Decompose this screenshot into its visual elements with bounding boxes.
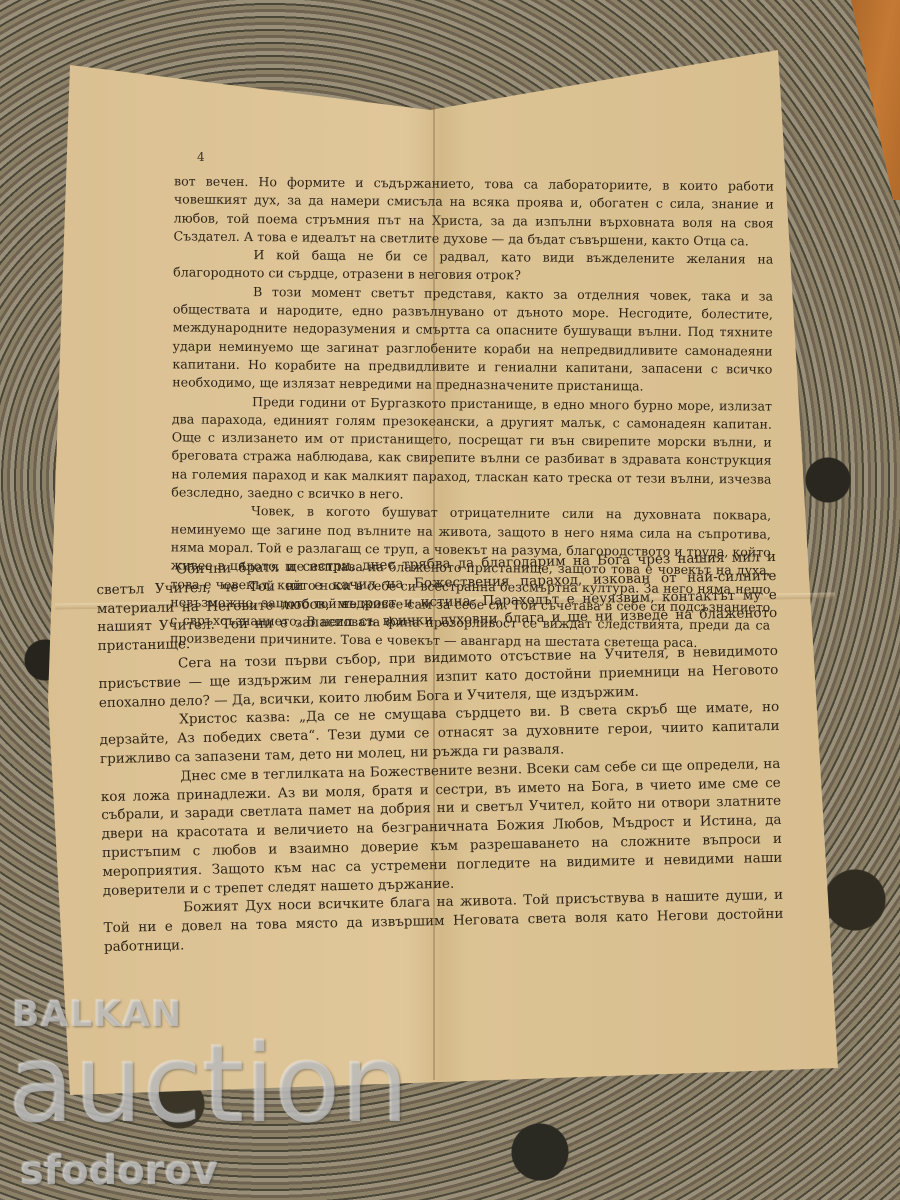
paragraph: Обични братя и сестри, днес трябва да бл… (96, 548, 778, 656)
paragraph: Днес сме в теглилката на Божествените ве… (100, 755, 783, 901)
paragraph: Преди години от Бургазкото пристанище, в… (171, 392, 772, 507)
paragraph: вот вечен. Но формите и съдържанието, то… (173, 172, 774, 250)
document-body-lower: Обични братя и сестри, днес трябва да бл… (96, 548, 784, 957)
wooden-table-edge (830, 0, 900, 200)
paragraph: И кой баща не би се радвал, като види въ… (173, 246, 773, 288)
page-number: 4 (197, 150, 205, 164)
watermark-seller: sfodorov (20, 1149, 409, 1193)
paragraph: В този момент светът представя, както за… (172, 282, 773, 397)
